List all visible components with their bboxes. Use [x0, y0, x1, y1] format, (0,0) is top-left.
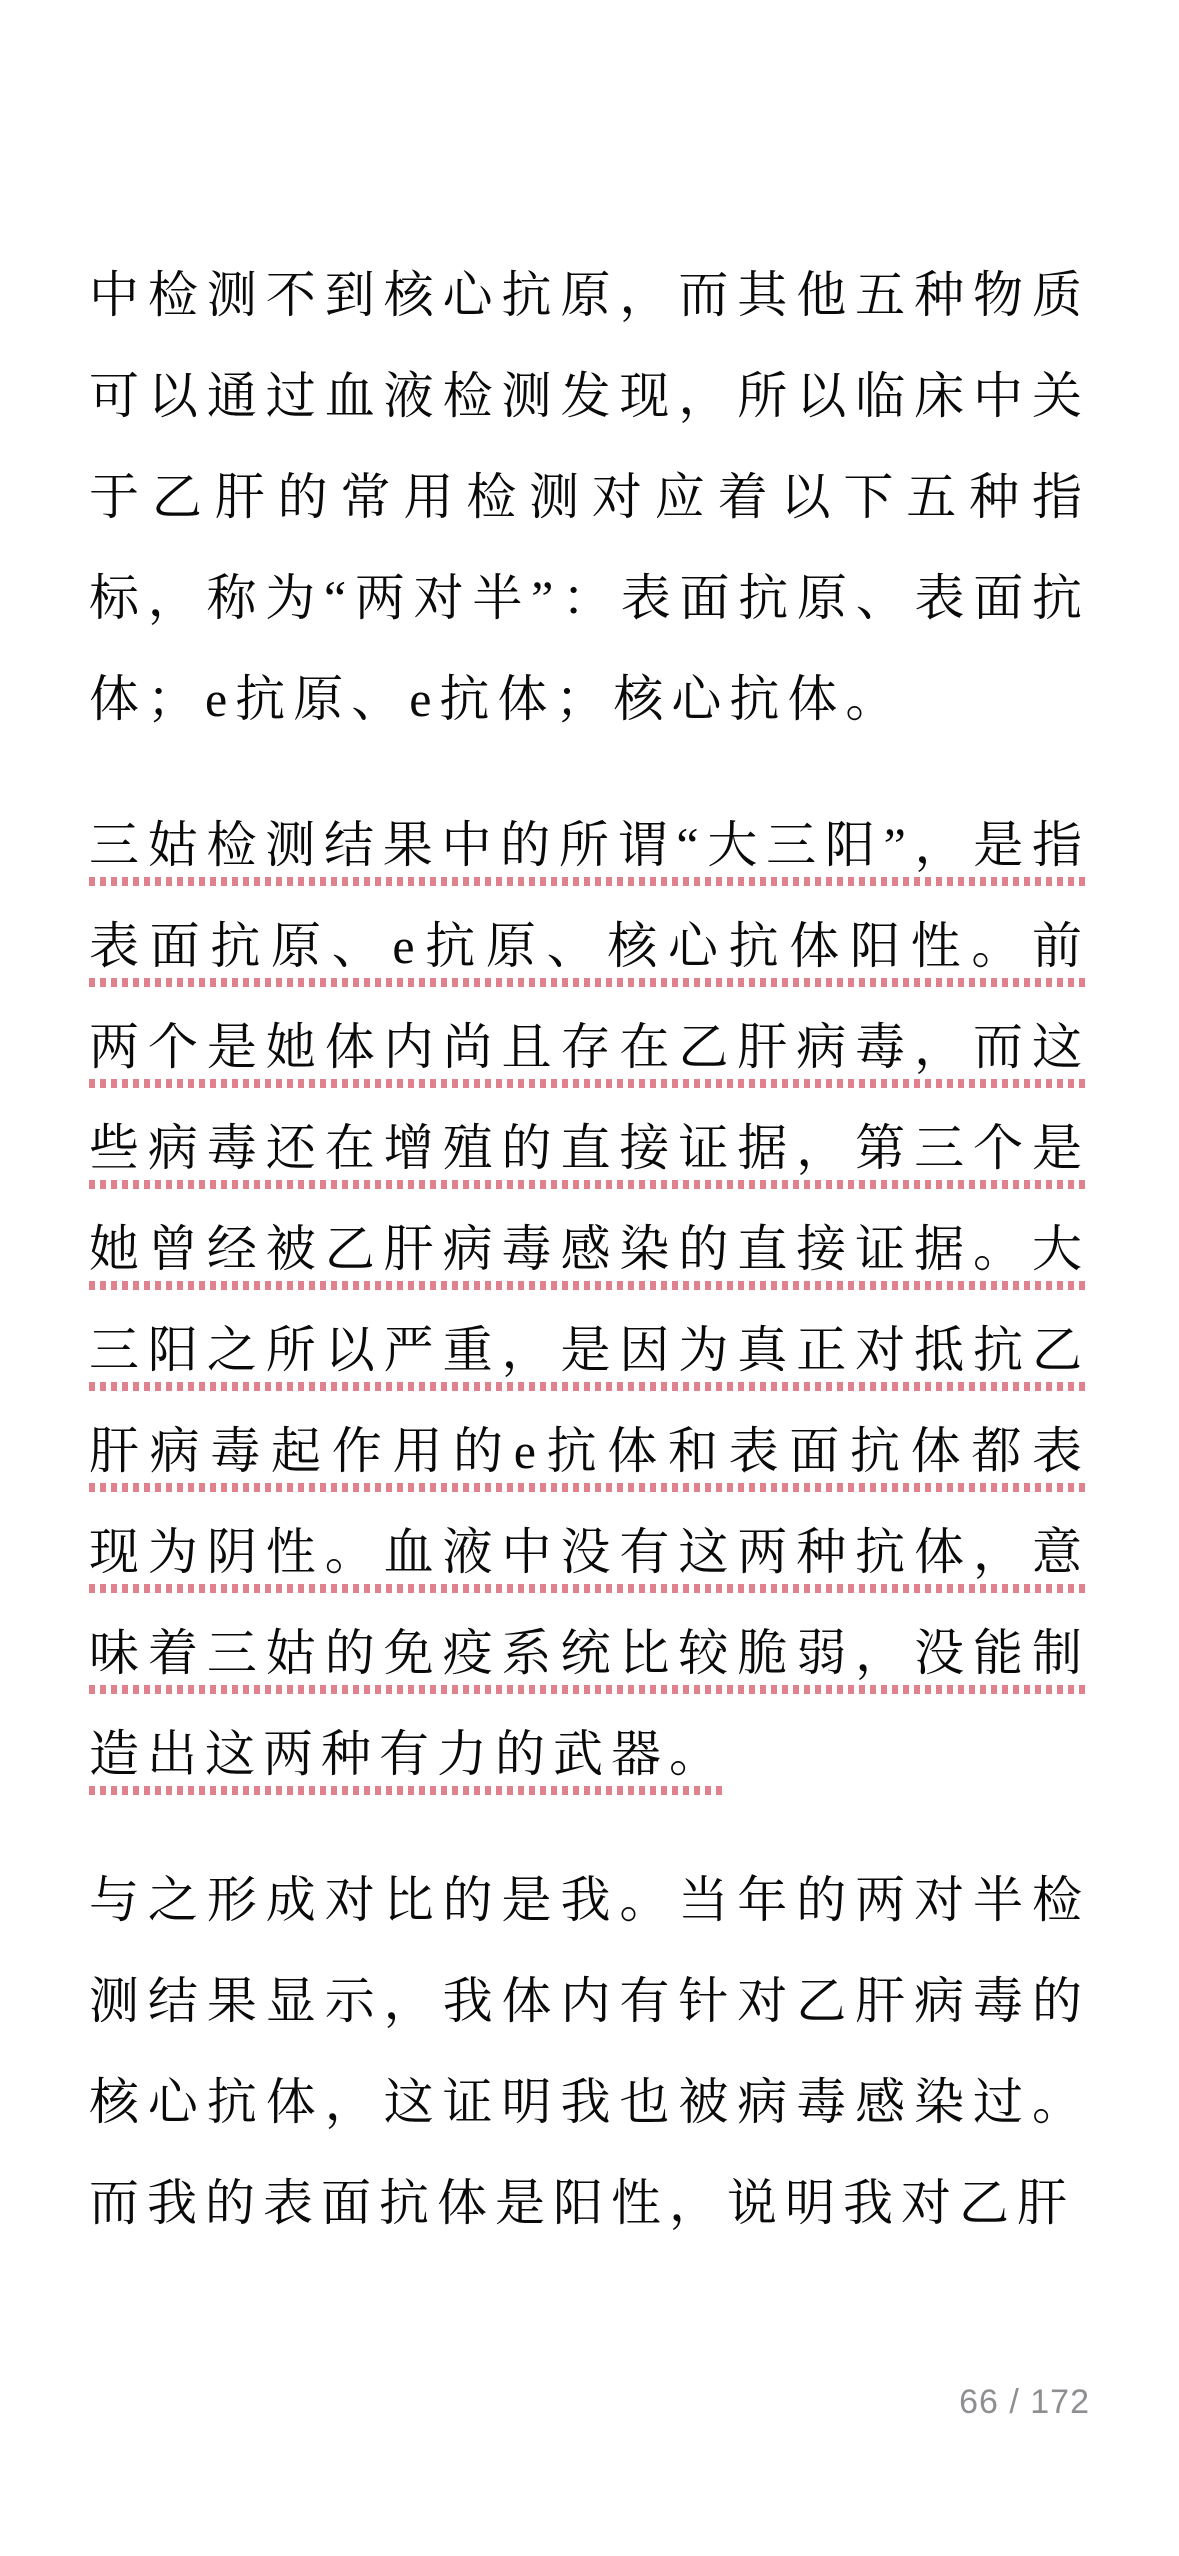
highlighted-passage[interactable]: 三姑检测结果中的所谓“大三阳”，是指表面抗原、e抗原、核心抗体阳性。前两个是她体…: [89, 817, 1090, 1795]
paragraph: 三姑检测结果中的所谓“大三阳”，是指表面抗原、e抗原、核心抗体阳性。前两个是她体…: [89, 795, 1090, 1805]
paragraph: 与之形成对比的是我。当年的两对半检测结果显示，我体内有针对乙肝病毒的核心抗体，这…: [89, 1850, 1090, 2254]
paragraph: 中检测不到核心抗原，而其他五种物质可以通过血液检测发现，所以临床中关于乙肝的常用…: [89, 245, 1090, 750]
page-indicator: 66 / 172: [959, 2383, 1090, 2422]
reader-page: 中检测不到核心抗原，而其他五种物质可以通过血液检测发现，所以临床中关于乙肝的常用…: [0, 0, 1179, 2299]
